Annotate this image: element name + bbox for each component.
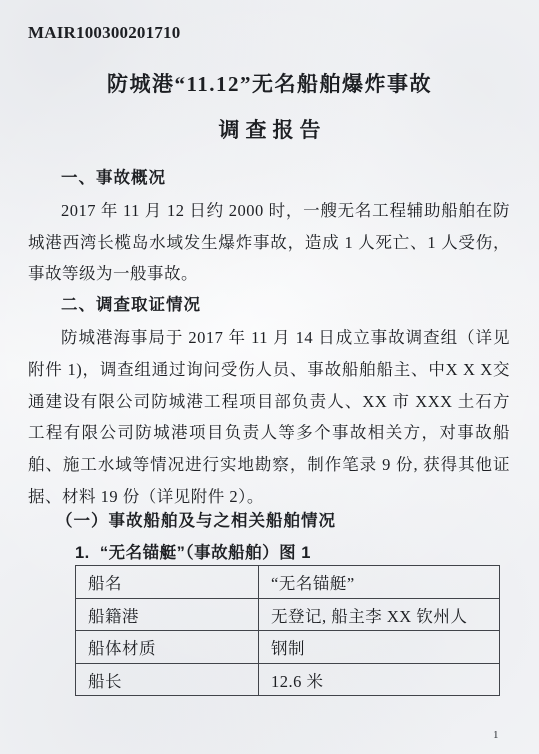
section-1-heading: 一、事故概况 (28, 163, 510, 195)
report-page: MAIR100300201710 防城港“11.12”无名船舶爆炸事故 调查报告… (0, 0, 539, 754)
row-value: “无名锚艇” (259, 566, 500, 599)
section-2-heading: 二、调查取证情况 (28, 290, 510, 322)
page-number: 1 (493, 729, 499, 741)
row-value: 12.6 米 (259, 663, 500, 696)
document-number: MAIR100300201710 (28, 23, 180, 43)
report-body: 一、事故概况 2017 年 11 月 12 日约 2000 时，一艘无名工程辅助… (28, 163, 510, 696)
row-value: 无登记, 船主李 XX 钦州人 (259, 598, 500, 631)
table-row-hull-material: 船体材质 钢制 (76, 631, 500, 664)
report-title: 防城港“11.12”无名船舶爆炸事故 (0, 68, 539, 98)
section-1-paragraph: 2017 年 11 月 12 日约 2000 时，一艘无名工程辅助船舶在防城港西… (28, 195, 510, 290)
subsection-1-heading: （一）事故船舶及与之相关船舶情况 (28, 506, 510, 538)
row-label: 船体材质 (76, 631, 259, 664)
section-2-paragraph: 防城港海事局于 2017 年 11 月 14 日成立事故调查组（详见附件 1)，… (28, 322, 510, 513)
vessel-info-table: 船名 “无名锚艇” 船籍港 无登记, 船主李 XX 钦州人 船体材质 钢制 船长… (75, 565, 500, 696)
table-row-ship-length: 船长 12.6 米 (76, 663, 500, 696)
row-label: 船籍港 (76, 598, 259, 631)
row-label: 船长 (76, 663, 259, 696)
table-row-port-of-registry: 船籍港 无登记, 船主李 XX 钦州人 (76, 598, 500, 631)
report-subtitle: 调查报告 (0, 114, 539, 144)
row-value: 钢制 (259, 631, 500, 664)
table-row-ship-name: 船名 “无名锚艇” (76, 566, 500, 599)
row-label: 船名 (76, 566, 259, 599)
